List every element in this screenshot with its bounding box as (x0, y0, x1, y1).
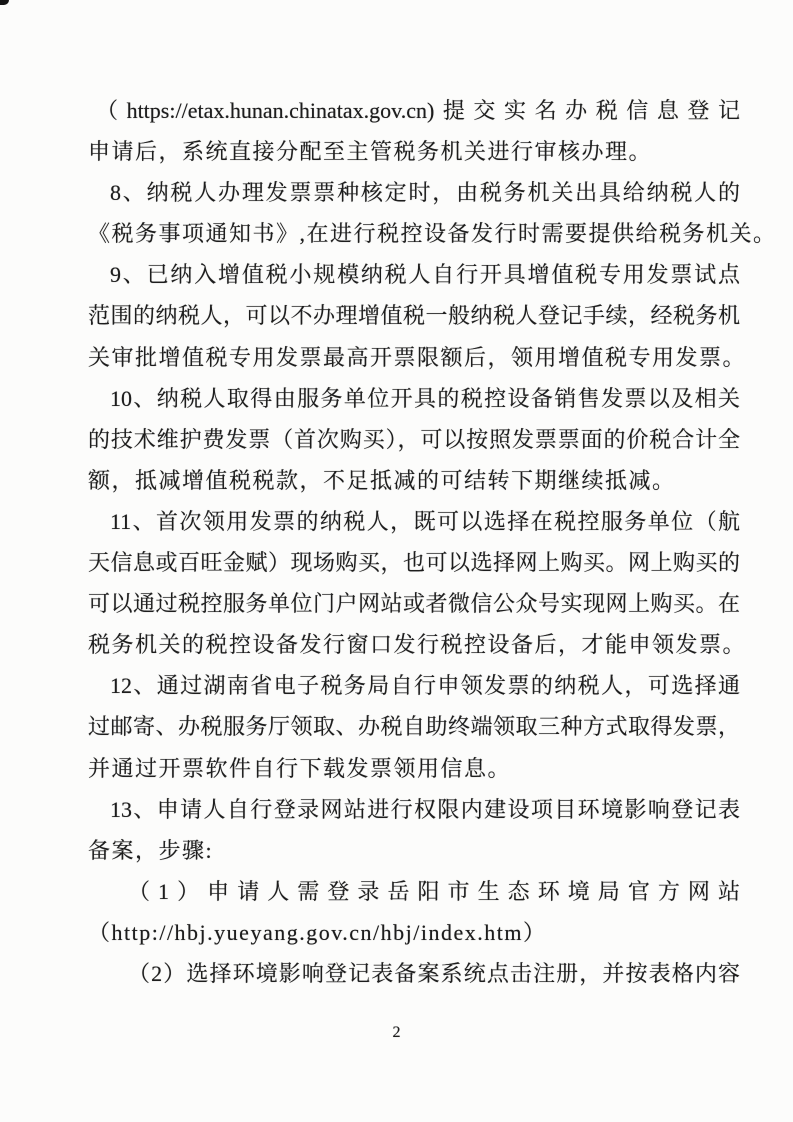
text-line: 税务机关的税控设备发行窗口发行税控设备后，才能申领发票。 (88, 624, 740, 665)
text-line: （1）申请人需登录岳阳市生态环境局官方网站 (88, 871, 740, 912)
text-line: 13、申请人自行登录网站进行权限内建设项目环境影响登记表 (88, 789, 740, 830)
text-line: （2）选择环境影响登记表备案系统点击注册，并按表格内容 (88, 953, 740, 994)
text-line: 额，抵减增值税税款，不足抵减的可结转下期继续抵减。 (88, 460, 740, 501)
text-line: 范围的纳税人，可以不办理增值税一般纳税人登记手续，经税务机 (88, 295, 740, 336)
text-line: 10、纳税人取得由服务单位开具的税控设备销售发票以及相关 (88, 378, 740, 419)
text-line: 天信息或百旺金赋）现场购买，也可以选择网上购买。网上购买的 (88, 542, 740, 583)
scan-artifact-corner (0, 0, 9, 5)
text-line: 8、纳税人办理发票票种核定时，由税务机关出具给纳税人的 (88, 172, 740, 213)
text-line: 9、已纳入增值税小规模纳税人自行开具增值税专用发票试点 (88, 254, 740, 295)
text-line: 并通过开票软件自行下载发票领用信息。 (88, 748, 740, 789)
text-line: 关审批增值税专用发票最高开票限额后，领用增值税专用发票。 (88, 337, 740, 378)
page-number: 2 (0, 1022, 793, 1044)
text-line: 备案，步骤: (88, 830, 740, 871)
text-line: 12、通过湖南省电子税务局自行申领发票的纳税人，可选择通 (88, 665, 740, 706)
text-line: （http://hbj.yueyang.gov.cn/hbj/index.htm… (88, 912, 740, 953)
text-line: 11、首次领用发票的纳税人，既可以选择在税控服务单位（航 (88, 501, 740, 542)
document-body: （https://etax.hunan.chinatax.gov.cn)提交实名… (88, 90, 740, 994)
text-line: 申请后，系统直接分配至主管税务机关进行审核办理。 (88, 131, 740, 172)
text-line: 《税务事项通知书》,在进行税控设备发行时需要提供给税务机关。 (88, 213, 740, 254)
scanned-page: （https://etax.hunan.chinatax.gov.cn)提交实名… (0, 0, 793, 1122)
text-line: （https://etax.hunan.chinatax.gov.cn)提交实名… (88, 90, 740, 131)
text-line: 过邮寄、办税服务厅领取、办税自助终端领取三种方式取得发票， (88, 706, 740, 747)
text-line: 的技术维护费发票（首次购买），可以按照发票票面的价税合计全 (88, 419, 740, 460)
text-line: 可以通过税控服务单位门户网站或者微信公众号实现网上购买。在 (88, 583, 740, 624)
